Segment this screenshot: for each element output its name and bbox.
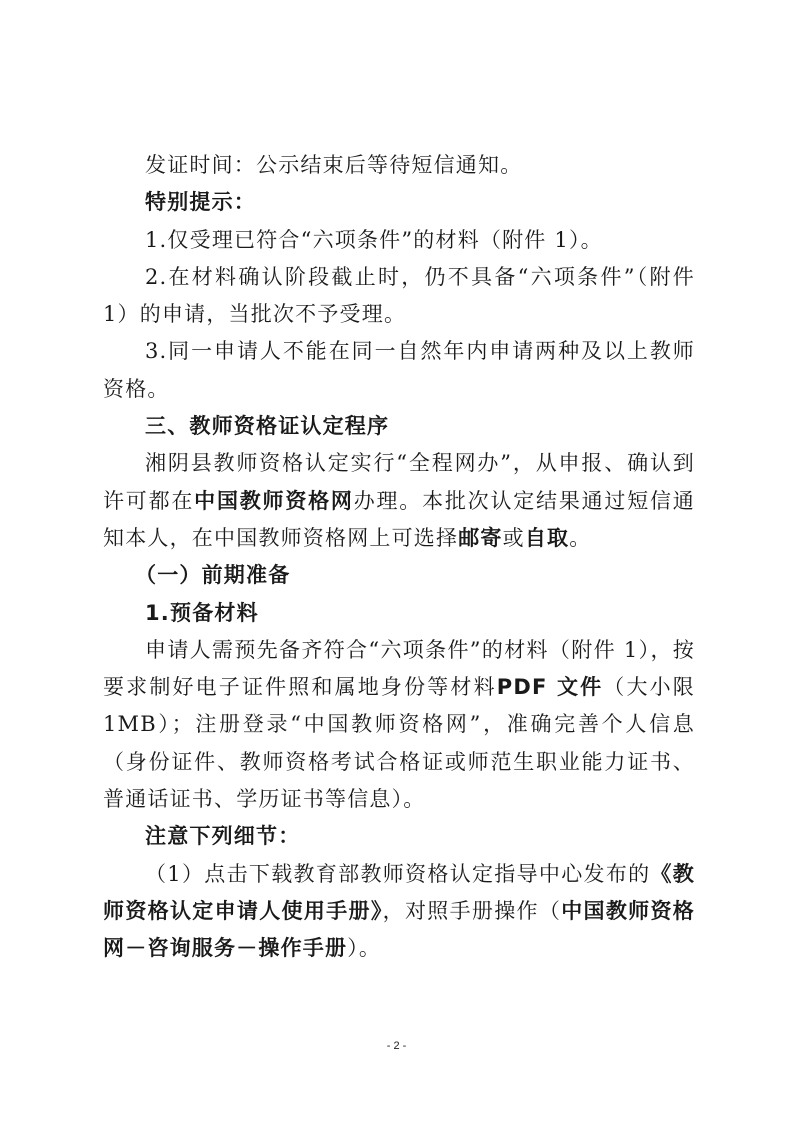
intro-bold-pickup: 自取	[525, 526, 569, 550]
issue-time-paragraph: 发证时间：公示结束后等待短信通知。	[103, 147, 695, 184]
intro-text-3: 或	[503, 526, 525, 550]
detail1-text-1: （1）点击下载教育部教师资格认定指导中心发布的	[145, 862, 650, 886]
special-note-heading: 特别提示：	[103, 184, 695, 221]
page-number: - 2 -	[0, 1040, 793, 1052]
subsection-1-heading: （一）前期准备	[103, 557, 695, 594]
detail-1-paragraph: （1）点击下载教育部教师资格认定指导中心发布的《教师资格认定申请人使用手册》，对…	[103, 856, 695, 968]
intro-text-4: 。	[569, 526, 591, 550]
prep-bold-pdf: PDF 文件	[497, 675, 604, 699]
note-1: 1.仅受理已符合“六项条件”的材料（附件 1）。	[103, 222, 695, 259]
note-3: 3.同一申请人不能在同一自然年内申请两种及以上教师资格。	[103, 333, 695, 408]
details-heading: 注意下列细节：	[103, 818, 695, 855]
detail1-text-2: ，对照手册操作（	[383, 899, 562, 923]
note-2: 2.在材料确认阶段截止时，仍不具备“六项条件”（附件 1）的申请，当批次不予受理…	[103, 259, 695, 334]
item-1-heading: 1.预备材料	[103, 595, 695, 632]
intro-bold-website: 中国教师资格网	[194, 489, 354, 513]
preparation-paragraph: 申请人需预先备齐符合“六项条件”的材料（附件 1），按要求制好电子证件照和属地身…	[103, 632, 695, 818]
section-3-heading: 三、教师资格证认定程序	[103, 408, 695, 445]
procedure-intro-paragraph: 湘阴县教师资格认定实行“全程网办”，从申报、确认到许可都在中国教师资格网办理。本…	[103, 445, 695, 557]
intro-bold-mail: 邮寄	[458, 526, 502, 550]
document-page: 发证时间：公示结束后等待短信通知。 特别提示： 1.仅受理已符合“六项条件”的材…	[103, 147, 695, 968]
detail1-text-3: ）。	[347, 936, 381, 960]
